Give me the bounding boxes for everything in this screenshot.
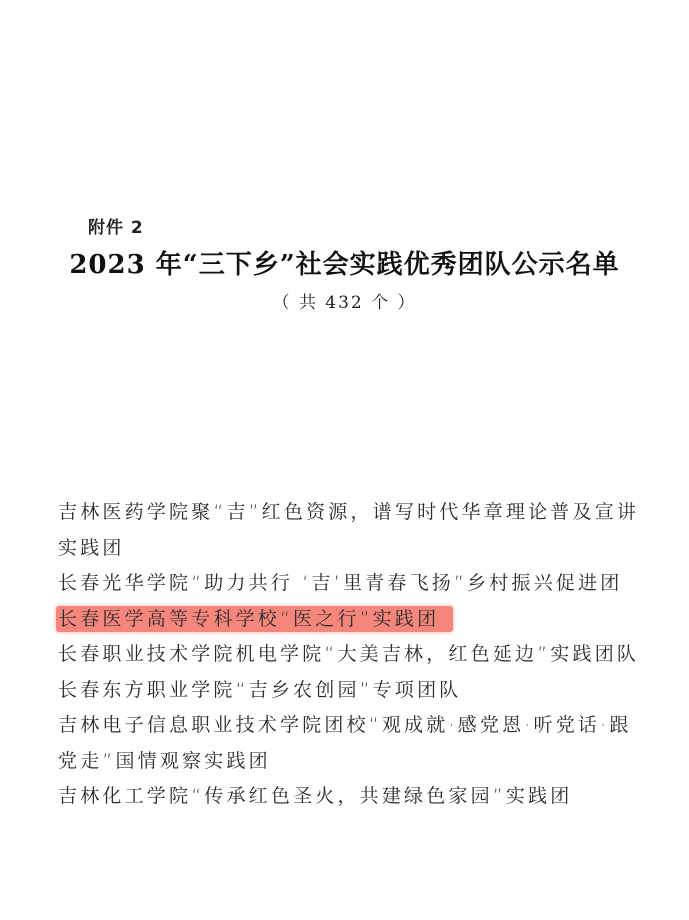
total-count-note: （ 共 432 个 ） [0, 288, 689, 313]
page-title: 2023 年“三下乡”社会实践优秀团队公示名单 [0, 244, 689, 281]
team-list: 吉林医药学院聚“吉”红色资源，谱写时代华章理论普及宣讲 实践团 长春光华学院“助… [58, 495, 618, 815]
list-item-highlighted: 长春医学高等专科学校“医之行”实践团 [58, 602, 618, 638]
list-item: 长春光华学院“助力共行 ‘吉’里青春飞扬”乡村振兴促进团 [58, 566, 618, 602]
list-item: 吉林化工学院“传承红色圣火，共建绿色家园”实践团 [58, 779, 618, 815]
list-item: 吉林医药学院聚“吉”红色资源，谱写时代华章理论普及宣讲 [58, 495, 618, 531]
list-item: 吉林电子信息职业技术学院团校“观成就·感党恩·听党话·跟 [58, 708, 618, 744]
list-item: 长春东方职业学院“吉乡农创园”专项团队 [58, 673, 618, 709]
attachment-label: 附件 2 [88, 213, 144, 238]
list-item: 长春职业技术学院机电学院“大美吉林，红色延边”实践团队 [58, 637, 618, 673]
highlight-marker: 长春医学高等专科学校“医之行”实践团 [56, 606, 453, 632]
list-item-continuation: 党走”国情观察实践团 [58, 744, 618, 780]
list-item-continuation: 实践团 [58, 531, 618, 567]
